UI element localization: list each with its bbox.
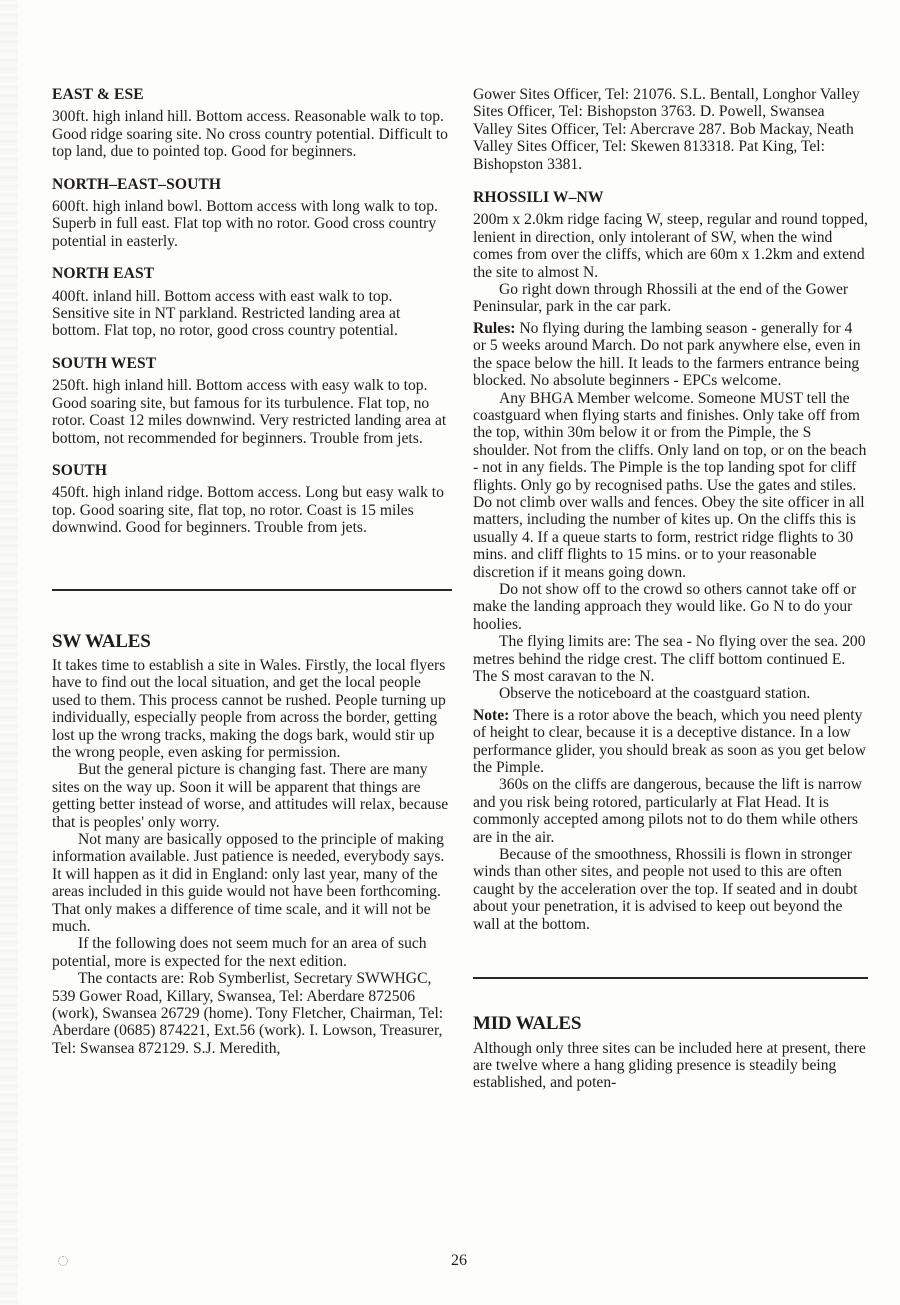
- paragraph: Do not show off to the crowd so others c…: [473, 581, 868, 633]
- note-paragraph: Note: There is a rotor above the beach, …: [473, 707, 868, 777]
- paragraph: Not many are basically opposed to the pr…: [52, 831, 452, 935]
- right-column: Gower Sites Officer, Tel: 21076. S.L. Be…: [473, 86, 868, 1092]
- rhossili-entry: RHOSSILI W–NW 200m x 2.0km ridge facing …: [473, 189, 868, 933]
- site-heading: EAST & ESE: [52, 86, 452, 103]
- section-divider: [473, 977, 868, 979]
- rules-paragraph: Rules: No flying during the lambing seas…: [473, 320, 868, 390]
- directions-paragraph: Go right down through Rhossili at the en…: [473, 281, 868, 316]
- site-heading: RHOSSILI W–NW: [473, 189, 868, 206]
- mid-wales-section: MID WALES Although only three sites can …: [473, 1015, 868, 1092]
- site-entry: EAST & ESE 300ft. high inland hill. Bott…: [52, 86, 452, 161]
- scan-edge: [0, 0, 18, 1305]
- rules-text: No flying during the lambing season - ge…: [473, 320, 861, 389]
- left-column: EAST & ESE 300ft. high inland hill. Bott…: [52, 86, 452, 1057]
- site-description: 300ft. high inland hill. Bottom access. …: [52, 108, 452, 160]
- page-number: 26: [451, 1252, 467, 1270]
- section-title: MID WALES: [473, 1015, 868, 1032]
- paragraph: Because of the smoothness, Rhossili is f…: [473, 846, 868, 933]
- note-label: Note:: [473, 707, 509, 724]
- contacts-continued: Gower Sites Officer, Tel: 21076. S.L. Be…: [473, 86, 868, 173]
- paragraph: Any BHGA Member welcome. Someone MUST te…: [473, 390, 868, 581]
- site-entry: SOUTH WEST 250ft. high inland hill. Bott…: [52, 355, 452, 447]
- note-text: There is a rotor above the beach, which …: [473, 707, 866, 776]
- site-entry: NORTH EAST 400ft. inland hill. Bottom ac…: [52, 265, 452, 340]
- paragraph: But the general picture is changing fast…: [52, 761, 452, 831]
- paragraph: Although only three sites can be include…: [473, 1040, 868, 1092]
- paragraph: If the following does not seem much for …: [52, 935, 452, 970]
- paragraph: 360s on the cliffs are dangerous, becaus…: [473, 776, 868, 846]
- rules-label: Rules:: [473, 320, 515, 337]
- site-heading: NORTH EAST: [52, 265, 452, 282]
- flying-limits-paragraph: The flying limits are: The sea - No flyi…: [473, 633, 868, 685]
- site-description: 400ft. inland hill. Bottom access with e…: [52, 288, 452, 340]
- paragraph: It takes time to establish a site in Wal…: [52, 657, 452, 761]
- scan-artifact: [58, 1256, 68, 1266]
- sw-wales-section: SW WALES It takes time to establish a si…: [52, 633, 452, 1058]
- section-title: SW WALES: [52, 633, 452, 650]
- contacts-paragraph: The contacts are: Rob Symberlist, Secret…: [52, 970, 452, 1057]
- site-entry: NORTH–EAST–SOUTH 600ft. high inland bowl…: [52, 176, 452, 251]
- site-heading: NORTH–EAST–SOUTH: [52, 176, 452, 193]
- site-description: 250ft. high inland hill. Bottom access w…: [52, 377, 452, 447]
- paragraph: Observe the noticeboard at the coastguar…: [473, 685, 868, 702]
- site-description: 600ft. high inland bowl. Bottom access w…: [52, 198, 452, 250]
- site-heading: SOUTH: [52, 462, 452, 479]
- site-description: 200m x 2.0km ridge facing W, steep, regu…: [473, 211, 868, 281]
- site-entry: SOUTH 450ft. high inland ridge. Bottom a…: [52, 462, 452, 537]
- site-description: 450ft. high inland ridge. Bottom access.…: [52, 484, 452, 536]
- document-page: EAST & ESE 300ft. high inland hill. Bott…: [0, 0, 900, 1305]
- site-heading: SOUTH WEST: [52, 355, 452, 372]
- section-divider: [52, 589, 452, 591]
